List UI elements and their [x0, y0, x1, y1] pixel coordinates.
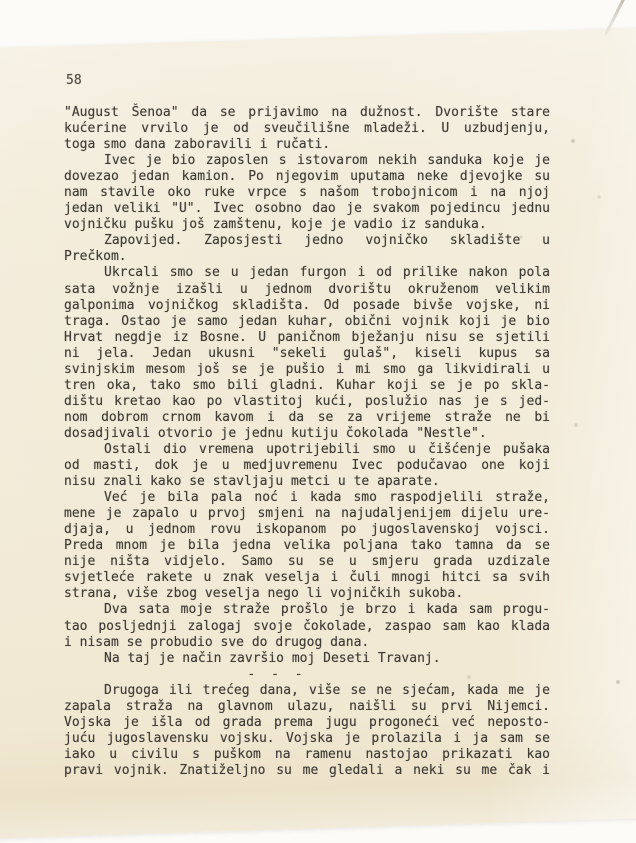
text-line: Prečkom.	[64, 249, 550, 265]
text-line: mene je zapalo u prvoj smjeni na najudal…	[64, 506, 550, 522]
text-line: juću jugoslavensku vojsku. Vojska je pro…	[64, 731, 550, 747]
text-line: pravi vojnik. Znatiželjno su me gledali …	[64, 763, 550, 779]
text-line: nam stavile oko ruke vrpce s našom trobo…	[64, 185, 550, 201]
text-line: ni jela. Jedan ukusni "sekeli gulaš", ki…	[64, 346, 550, 362]
text-line: nom dobrom crnom kavom i da se za vrijem…	[64, 410, 550, 426]
text-line: Dva sata moje straže prošlo je brzo i ka…	[64, 602, 550, 618]
text-line: strana, više zbog veselja nego li vojnič…	[64, 586, 550, 602]
text-line: tao posljednji zalogaj svoje čokolade, z…	[64, 619, 550, 635]
text-line: i nisam se probudio sve do drugog dana.	[64, 635, 550, 651]
text-line: Drugoga ili trećeg dana, više se ne sjeć…	[64, 683, 550, 699]
text-line: Ostali dio vremena upotrijebili smo u či…	[64, 442, 550, 458]
body-text: "August Šenoa" da se prijavimo na dužnos…	[64, 105, 550, 779]
page-number: 58	[66, 73, 82, 89]
scan-speckles	[0, 0, 2, 2]
text-line: Već je bila pala noć i kada smo raspodje…	[64, 490, 550, 506]
text-line: Ivec je bio zaposlen s istovarom nekih s…	[64, 153, 550, 169]
text-line: Ukrcali smo se u jedan furgon i od prili…	[64, 265, 550, 281]
text-line: kućerine vrvilo je od sveučilišne mladež…	[64, 121, 550, 137]
text-line: dovezao jedan kamion. Po njegovim uputam…	[64, 169, 550, 185]
section-divider: - - -	[34, 667, 520, 683]
text-line: zapala straža na glavnom ulazu, naišli s…	[64, 699, 550, 715]
text-line: svjetleće rakete u znak veselja i čuli m…	[64, 570, 550, 586]
text-line: iako u civilu s puškom na ramenu nastoja…	[64, 747, 550, 763]
text-line: jedan veliki "U". Ivec osobno dao je sva…	[64, 201, 550, 217]
text-line: "August Šenoa" da se prijavimo na dužnos…	[64, 105, 550, 121]
text-line: toga smo dana zaboravili i ručati.	[64, 137, 550, 153]
text-line: dištu kretao kao po vlastitoj kući, posl…	[64, 394, 550, 410]
text-line: sata vožnje izašli u jednom dvorištu okr…	[64, 282, 550, 298]
text-line: galponima vojničkog skladišta. Od posade…	[64, 298, 550, 314]
text-line: traga. Ostao je samo jedan kuhar, obični…	[64, 314, 550, 330]
text-line: djaja, u jednom rovu iskopanom po jugosl…	[64, 522, 550, 538]
text-line: od masti, dok je u medjuvremenu Ivec pod…	[64, 458, 550, 474]
text-line: Zapovijed. Zaposjesti jedno vojničko skl…	[64, 233, 550, 249]
text-line: Vojska je išla od grada prema jugu progo…	[64, 715, 550, 731]
text-line: vojničku pušku još zamštenu, koje je vad…	[64, 217, 550, 233]
text-line: svinjskim mesom još se je pušio i mi smo…	[64, 362, 550, 378]
text-line: tren oka, tako smo bili gladni. Kuhar ko…	[64, 378, 550, 394]
scanned-page: 58 "August Šenoa" da se prijavimo na duž…	[0, 0, 636, 843]
text-line: nije ništa vidjelo. Samo su se u smjeru …	[64, 554, 550, 570]
text-line: Na taj je način završio moj Deseti Trava…	[64, 651, 550, 667]
text-line: Hrvat negdje iz Bosne. U paničnom bježan…	[64, 330, 550, 346]
text-line: nisu znali kako se stavljaju metci u te …	[64, 474, 550, 490]
text-line: dosadjivali otvorio je jednu kutiju čoko…	[64, 426, 550, 442]
text-line: Preda mnom je bila jedna velika poljana …	[64, 538, 550, 554]
